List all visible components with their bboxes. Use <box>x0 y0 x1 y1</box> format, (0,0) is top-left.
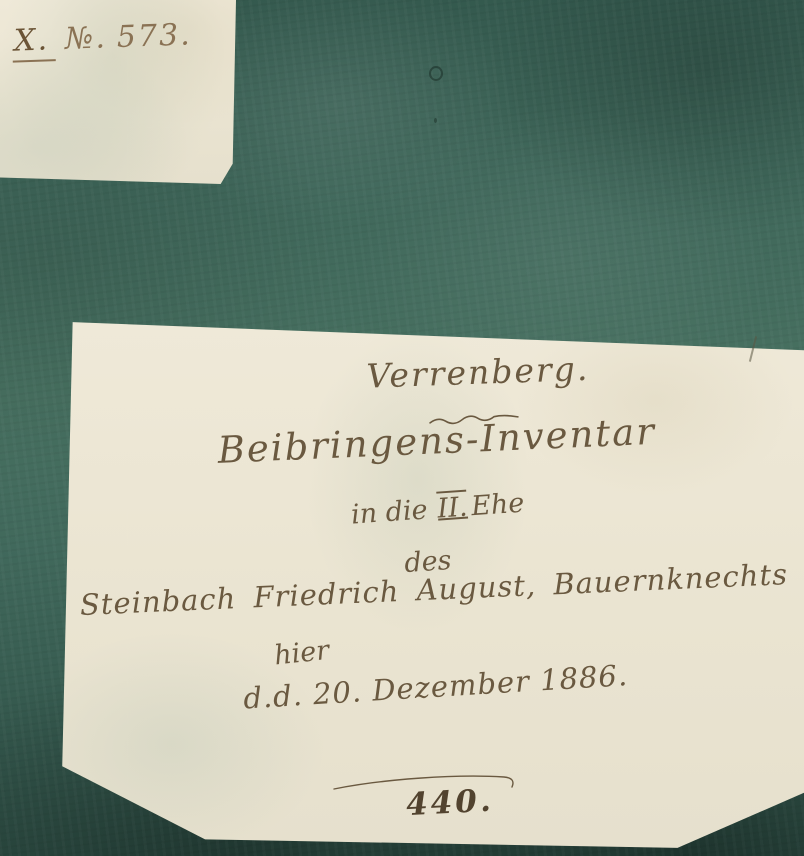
marriage-line-post: Ehe <box>470 488 525 523</box>
place-name-line: Verrenberg. <box>327 348 628 397</box>
cover-speck <box>434 118 437 123</box>
main-title-label: Verrenberg. Beibringens-Inventar in dieI… <box>60 320 804 850</box>
hier-line: hier <box>240 632 363 675</box>
file-number: 573. <box>116 17 192 55</box>
corner-classification-label: X.№.573. <box>0 0 236 184</box>
marriage-line: in dieII.Ehe <box>317 485 559 533</box>
archival-document-cover-photo: X.№.573. Verrenberg. Beibringens-Inventa… <box>0 0 804 856</box>
numero-abbreviation: №. <box>64 20 107 56</box>
class-mark: X. <box>11 22 55 62</box>
marriage-roman-numeral: II. <box>436 492 468 525</box>
marriage-line-pre: in die <box>350 494 428 530</box>
page-number: 440. <box>389 782 511 824</box>
cover-ring-mark <box>429 66 443 81</box>
classification-text: X.№.573. <box>11 16 222 58</box>
inventory-title-line: Beibringens-Inventar <box>191 409 682 473</box>
